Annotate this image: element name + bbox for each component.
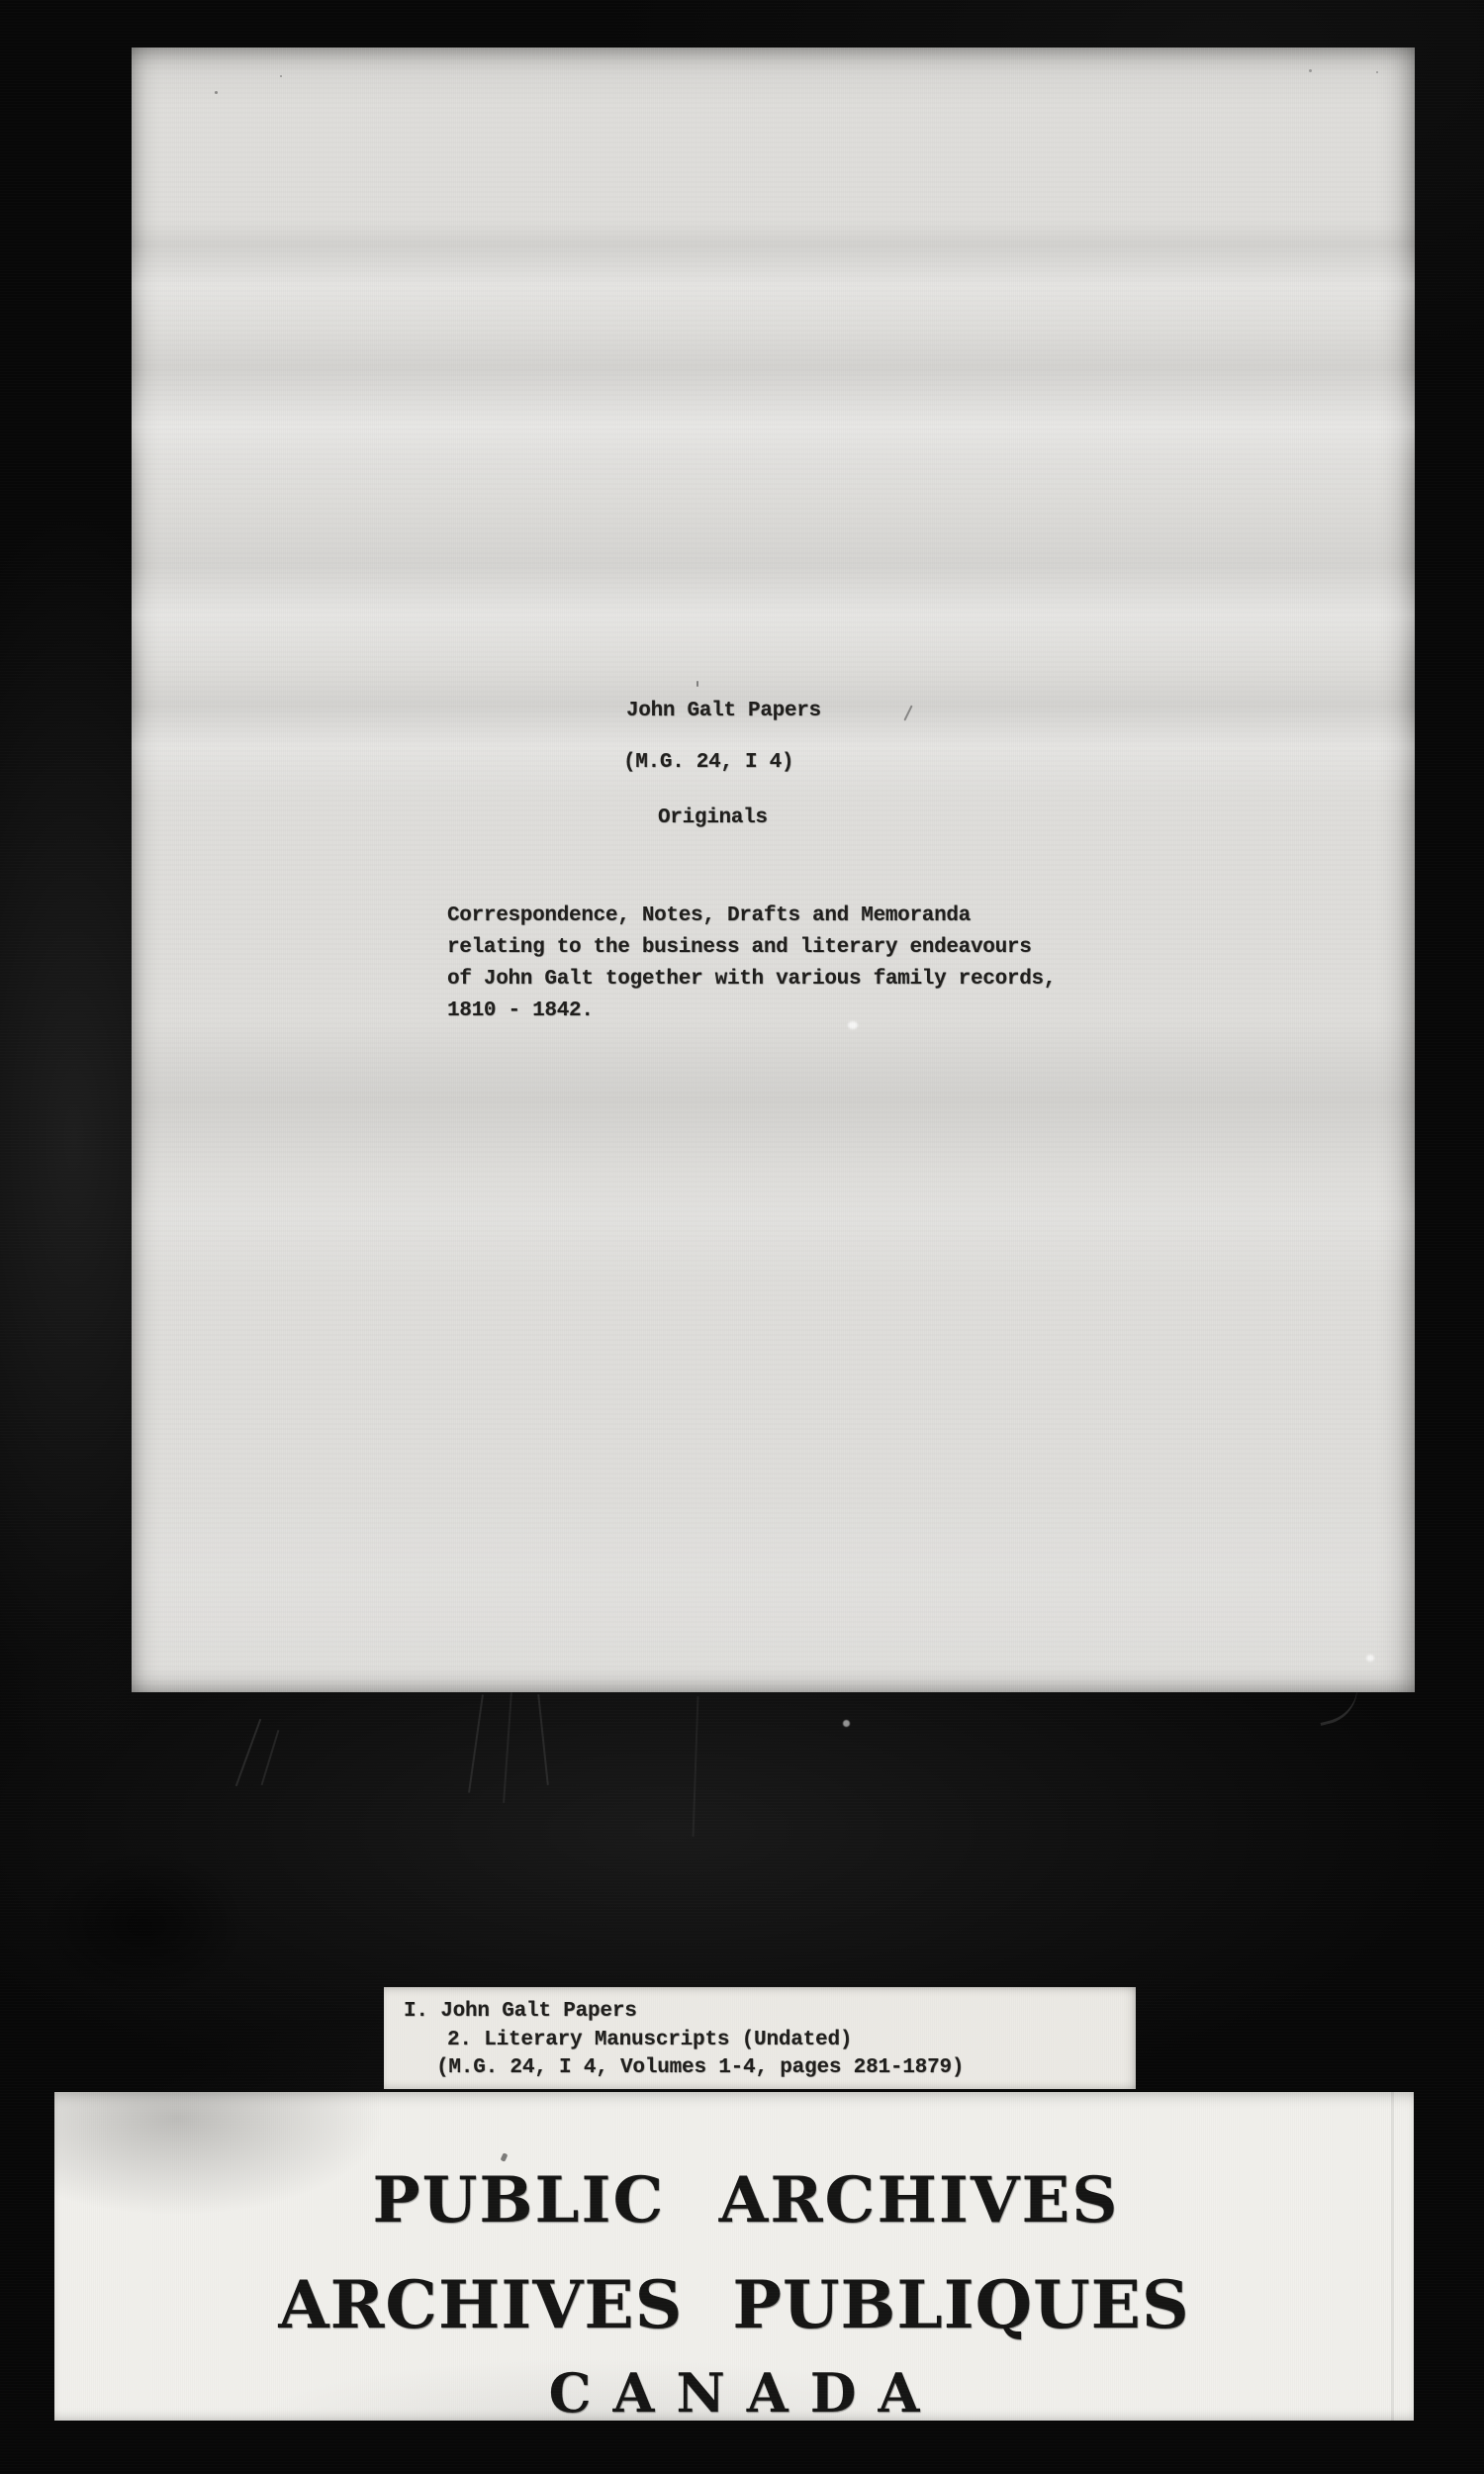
dust-speck	[215, 91, 218, 94]
card-line-series: I. John Galt Papers	[404, 1999, 637, 2025]
paper-blemish	[1366, 1655, 1374, 1662]
microfilm-frame: John Galt Papers (M.G. 24, I 4) Original…	[0, 0, 1484, 2474]
ink-fleck	[696, 681, 698, 687]
paper-texture	[132, 48, 1415, 1692]
dust-speck	[1376, 71, 1378, 73]
banner-speck	[501, 2152, 509, 2161]
dust-speck	[1309, 69, 1312, 72]
exposure-bands	[132, 48, 1415, 1692]
pen-stroke	[903, 705, 912, 720]
film-scratch	[537, 1694, 549, 1785]
banner-title-english: PUBLIC ARCHIVES	[66, 2163, 1426, 2237]
fonds-reference: (M.G. 24, I 4)	[623, 750, 793, 776]
description-line: 1810 - 1842.	[447, 999, 594, 1022]
film-scratch	[261, 1730, 280, 1785]
archives-banner: PUBLIC ARCHIVES ARCHIVES PUBLIQUES CANAD…	[54, 2092, 1414, 2421]
card-line-reference: (M.G. 24, I 4, Volumes 1-4, pages 281-18…	[436, 2055, 964, 2081]
film-speck	[843, 1720, 850, 1727]
card-line-subseries: 2. Literary Manuscripts (Undated)	[447, 2028, 852, 2053]
index-card: I. John Galt Papers 2. Literary Manuscri…	[384, 1987, 1136, 2089]
banner-title-french: ARCHIVES PUBLIQUES	[54, 2266, 1414, 2343]
description-line: Correspondence, Notes, Drafts and Memora…	[447, 904, 971, 927]
document-page: John Galt Papers (M.G. 24, I 4) Original…	[132, 48, 1415, 1692]
film-scratch	[235, 1719, 262, 1786]
fonds-description: Correspondence, Notes, Drafts and Memora…	[447, 901, 1056, 1027]
fonds-title: John Galt Papers	[626, 699, 821, 724]
film-shadow-blob	[40, 1851, 247, 1999]
description-line: of John Galt together with various famil…	[447, 968, 1056, 991]
banner-country: CANADA	[54, 2361, 1414, 2425]
description-line: relating to the business and literary en…	[447, 936, 1032, 959]
dust-speck	[280, 75, 282, 77]
film-scratch	[503, 1692, 512, 1803]
film-scratch	[468, 1694, 484, 1792]
film-scratch	[693, 1696, 699, 1837]
fonds-subtitle: Originals	[658, 806, 768, 831]
